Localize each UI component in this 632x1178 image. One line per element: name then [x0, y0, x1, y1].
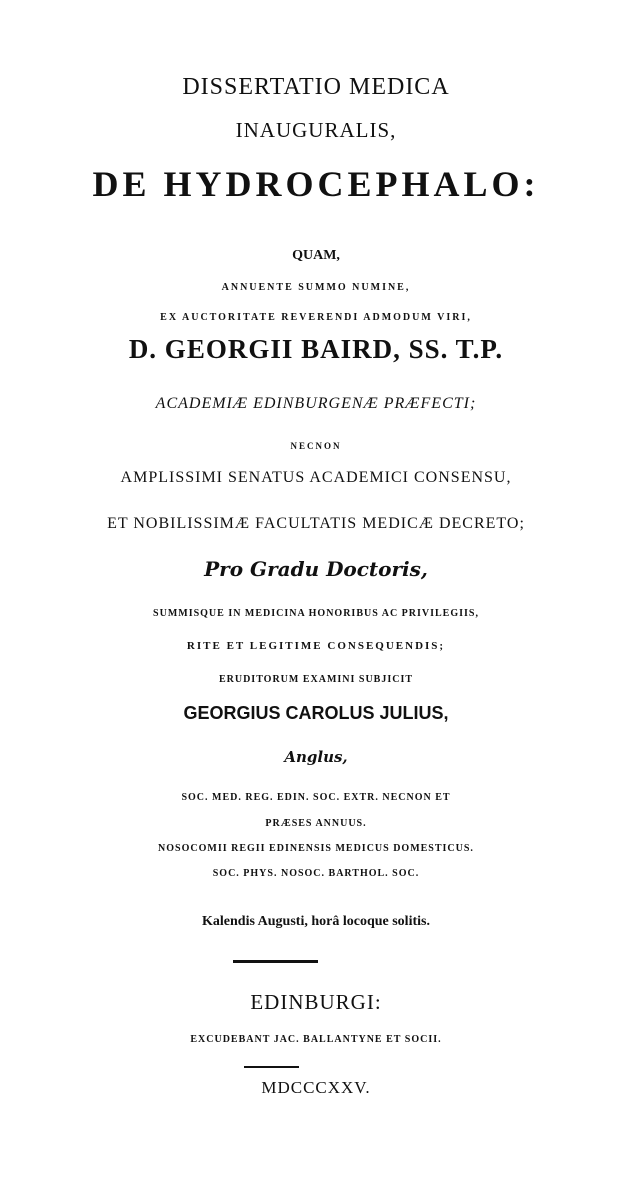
date-line: Kalendis Augusti, horâ locoque solitis.	[0, 914, 632, 930]
divider-rule	[233, 960, 318, 963]
annuente-line: ANNUENTE SUMMO NUMINE,	[0, 282, 632, 293]
summisque-line: SUMMISQUE IN MEDICINA HONORIBUS AC PRIVI…	[0, 608, 632, 619]
facultas-line: ET NOBILISSIMÆ FACULTATIS MEDICÆ DECRETO…	[0, 515, 632, 533]
anglus-line: Anglus,	[0, 748, 632, 766]
printer-line: EXCUDEBANT JAC. BALLANTYNE ET SOCII.	[0, 1034, 632, 1045]
divider-rule-small	[244, 1066, 299, 1068]
affiliation-1: SOC. MED. REG. EDIN. SOC. EXTR. NECNON E…	[0, 792, 632, 803]
auctoritate-line: EX AUCTORITATE REVERENDI ADMODUM VIRI,	[0, 312, 632, 323]
senatus-line: AMPLISSIMI SENATUS ACADEMICI CONSENSU,	[0, 469, 632, 487]
affiliation-3: NOSOCOMII REGII EDINENSIS MEDICUS DOMEST…	[0, 843, 632, 854]
main-title: DE HYDROCEPHALO:	[0, 163, 632, 205]
affiliation-4: SOC. PHYS. NOSOC. BARTHOL. SOC.	[0, 868, 632, 879]
city-line: EDINBURGI:	[0, 990, 632, 1015]
affiliation-2: PRÆSES ANNUUS.	[0, 818, 632, 829]
author-name: GEORGIUS CAROLUS JULIUS,	[0, 703, 632, 724]
pro-gradu-line: Pro Gradu Doctoris,	[0, 557, 632, 581]
rector-title: ACADEMIÆ EDINBURGENÆ PRÆFECTI;	[0, 395, 632, 413]
quam-line: QUAM,	[0, 248, 632, 264]
rector-name: D. GEORGII BAIRD, SS. T.P.	[0, 334, 632, 365]
eruditorum-line: ERUDITORUM EXAMINI SUBJICIT	[0, 674, 632, 685]
inauguralis-line: INAUGURALIS,	[0, 118, 632, 143]
rite-line: RITE ET LEGITIME CONSEQUENDIS;	[0, 640, 632, 652]
necnon-line: NECNON	[0, 441, 632, 451]
year-line: MDCCCXXV.	[0, 1078, 632, 1098]
dissertation-heading: DISSERTATIO MEDICA	[0, 74, 632, 101]
